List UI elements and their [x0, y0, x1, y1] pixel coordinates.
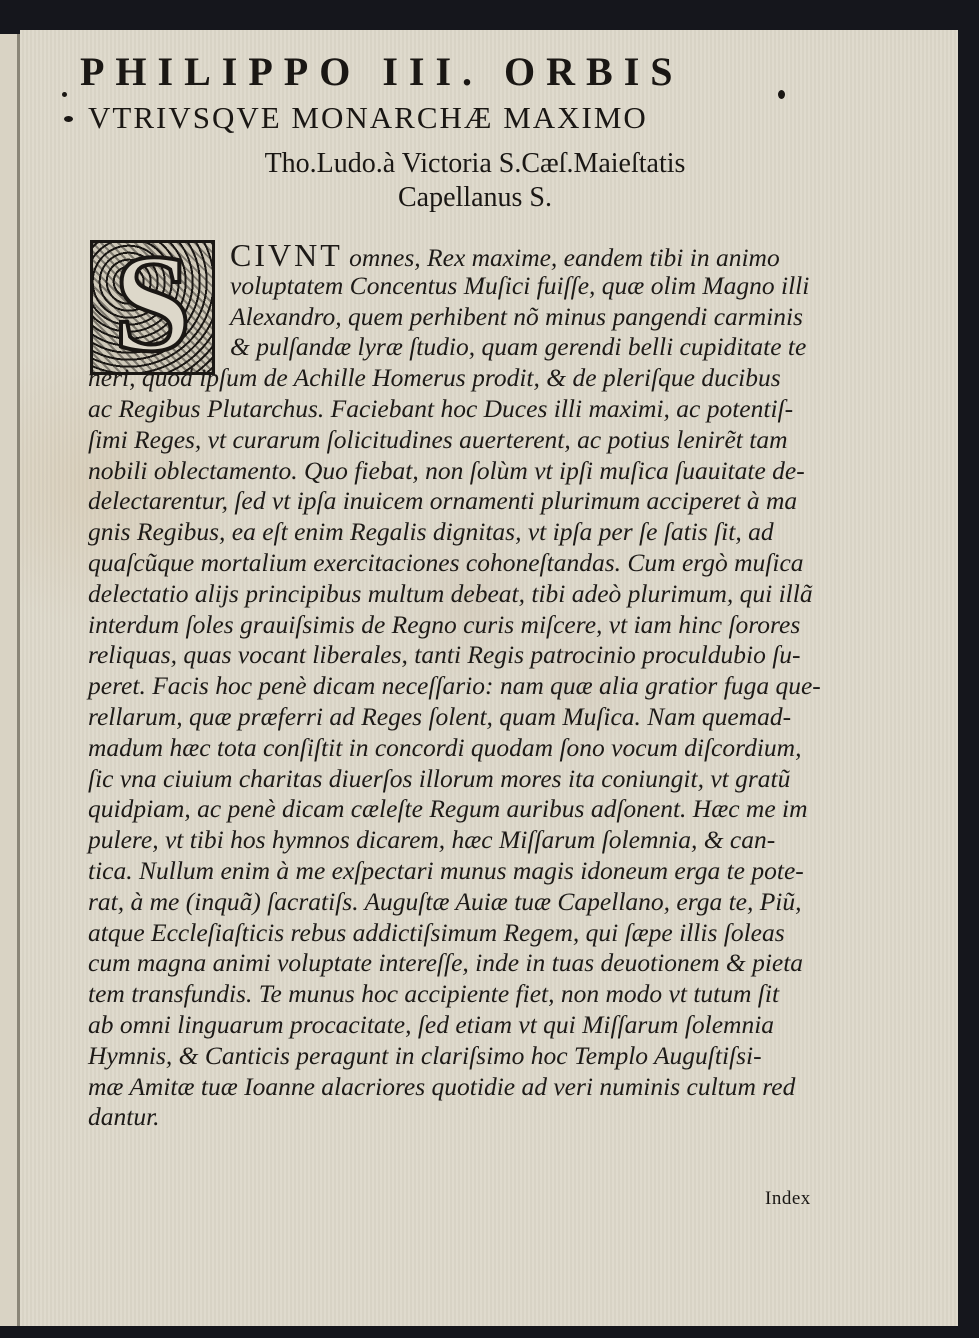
text-line: nobili oblectamento. Quo fiebat, non ſol…	[88, 456, 828, 487]
text-line: tem transfundis. Te munus hoc accipiente…	[88, 979, 828, 1010]
ink-speck	[62, 92, 67, 97]
text-line: peret. Facis hoc penè dicam neceſſario: …	[88, 671, 828, 702]
text-line: quaſcũque mortalium exercitaciones cohon…	[88, 548, 828, 579]
author-line: Tho.Ludo.à Victoria S.Cæſ.Maieſtatis	[150, 148, 800, 180]
text-line: delectarentur, ſed vt ipſa inuicem ornam…	[88, 486, 828, 517]
text-line: & pulſandæ lyræ ſtudio, quam gerendi bel…	[88, 332, 828, 363]
text-line: voluptatem Concentus Muſici fuiſſe, quæ …	[88, 271, 828, 302]
text-line: quidpiam, ac penè dicam cæleſte Regum au…	[88, 794, 828, 825]
text-line: rellarum, quæ præferri ad Reges ſolent, …	[88, 702, 828, 733]
text-line: Alexandro, quem perhibent nõ minus pange…	[88, 302, 828, 333]
text-line: reliquas, quas vocant liberales, tanti R…	[88, 640, 828, 671]
text-line-content: omnes, Rex maxime, eandem tibi in animo	[349, 243, 780, 272]
text-line: pulere, vt tibi hos hymnos dicarem, hæc …	[88, 825, 828, 856]
ink-speck	[64, 116, 73, 122]
scan-background: PHILIPPO III. ORBIS VTRIVSQVE MONARCHÆ M…	[0, 0, 979, 1338]
text-line: mæ Amitæ tuæ Ioanne alacriores quotidie …	[88, 1072, 828, 1103]
first-word: CIVNT	[230, 237, 343, 273]
text-line: ac Regibus Plutarchus. Faciebant hoc Duc…	[88, 394, 828, 425]
dedication-heading-line-1: PHILIPPO III. ORBIS	[80, 48, 860, 95]
text-line: ab omni linguarum procacitate, ſed etiam…	[88, 1010, 828, 1041]
text-line: cum magna animi voluptate intereſſe, ind…	[88, 948, 828, 979]
text-line: gnis Regibus, ea eſt enim Regalis dignit…	[88, 517, 828, 548]
text-line: CIVNT omnes, Rex maxime, eandem tibi in …	[88, 240, 828, 271]
author-title-line: Capellanus S.	[150, 182, 800, 214]
text-line: Hymnis, & Canticis peragunt in clariſsim…	[88, 1041, 828, 1072]
text-line: interdum ſoles grauiſsimis de Regno curi…	[88, 610, 828, 641]
text-line: atque Eccleſiaſticis rebus addictiſsimum…	[88, 918, 828, 949]
text-line: ſic vna ciuium charitas diuerſos illorum…	[88, 764, 828, 795]
text-line: neri, quod ipſum de Achille Homerus prod…	[88, 363, 828, 394]
previous-page-edge	[0, 34, 20, 1326]
dedication-heading-line-2: VTRIVSQVE MONARCHÆ MAXIMO	[88, 100, 848, 136]
text-line: dantur.	[88, 1102, 828, 1133]
text-line: tica. Nullum enim à me exſpectari munus …	[88, 856, 828, 887]
text-line: delectatio alijs principibus multum debe…	[88, 579, 828, 610]
text-line: ſimi Reges, vt curarum ſolicitudines aue…	[88, 425, 828, 456]
dedication-body: CIVNT omnes, Rex maxime, eandem tibi in …	[88, 240, 828, 1133]
book-page: PHILIPPO III. ORBIS VTRIVSQVE MONARCHÆ M…	[20, 30, 958, 1326]
catchword: Index	[765, 1188, 811, 1210]
text-line: rat, à me (inquã) ſacratiſs. Auguſtæ Aui…	[88, 887, 828, 918]
text-line: madum hæc tota conſiſtit in concordi quo…	[88, 733, 828, 764]
